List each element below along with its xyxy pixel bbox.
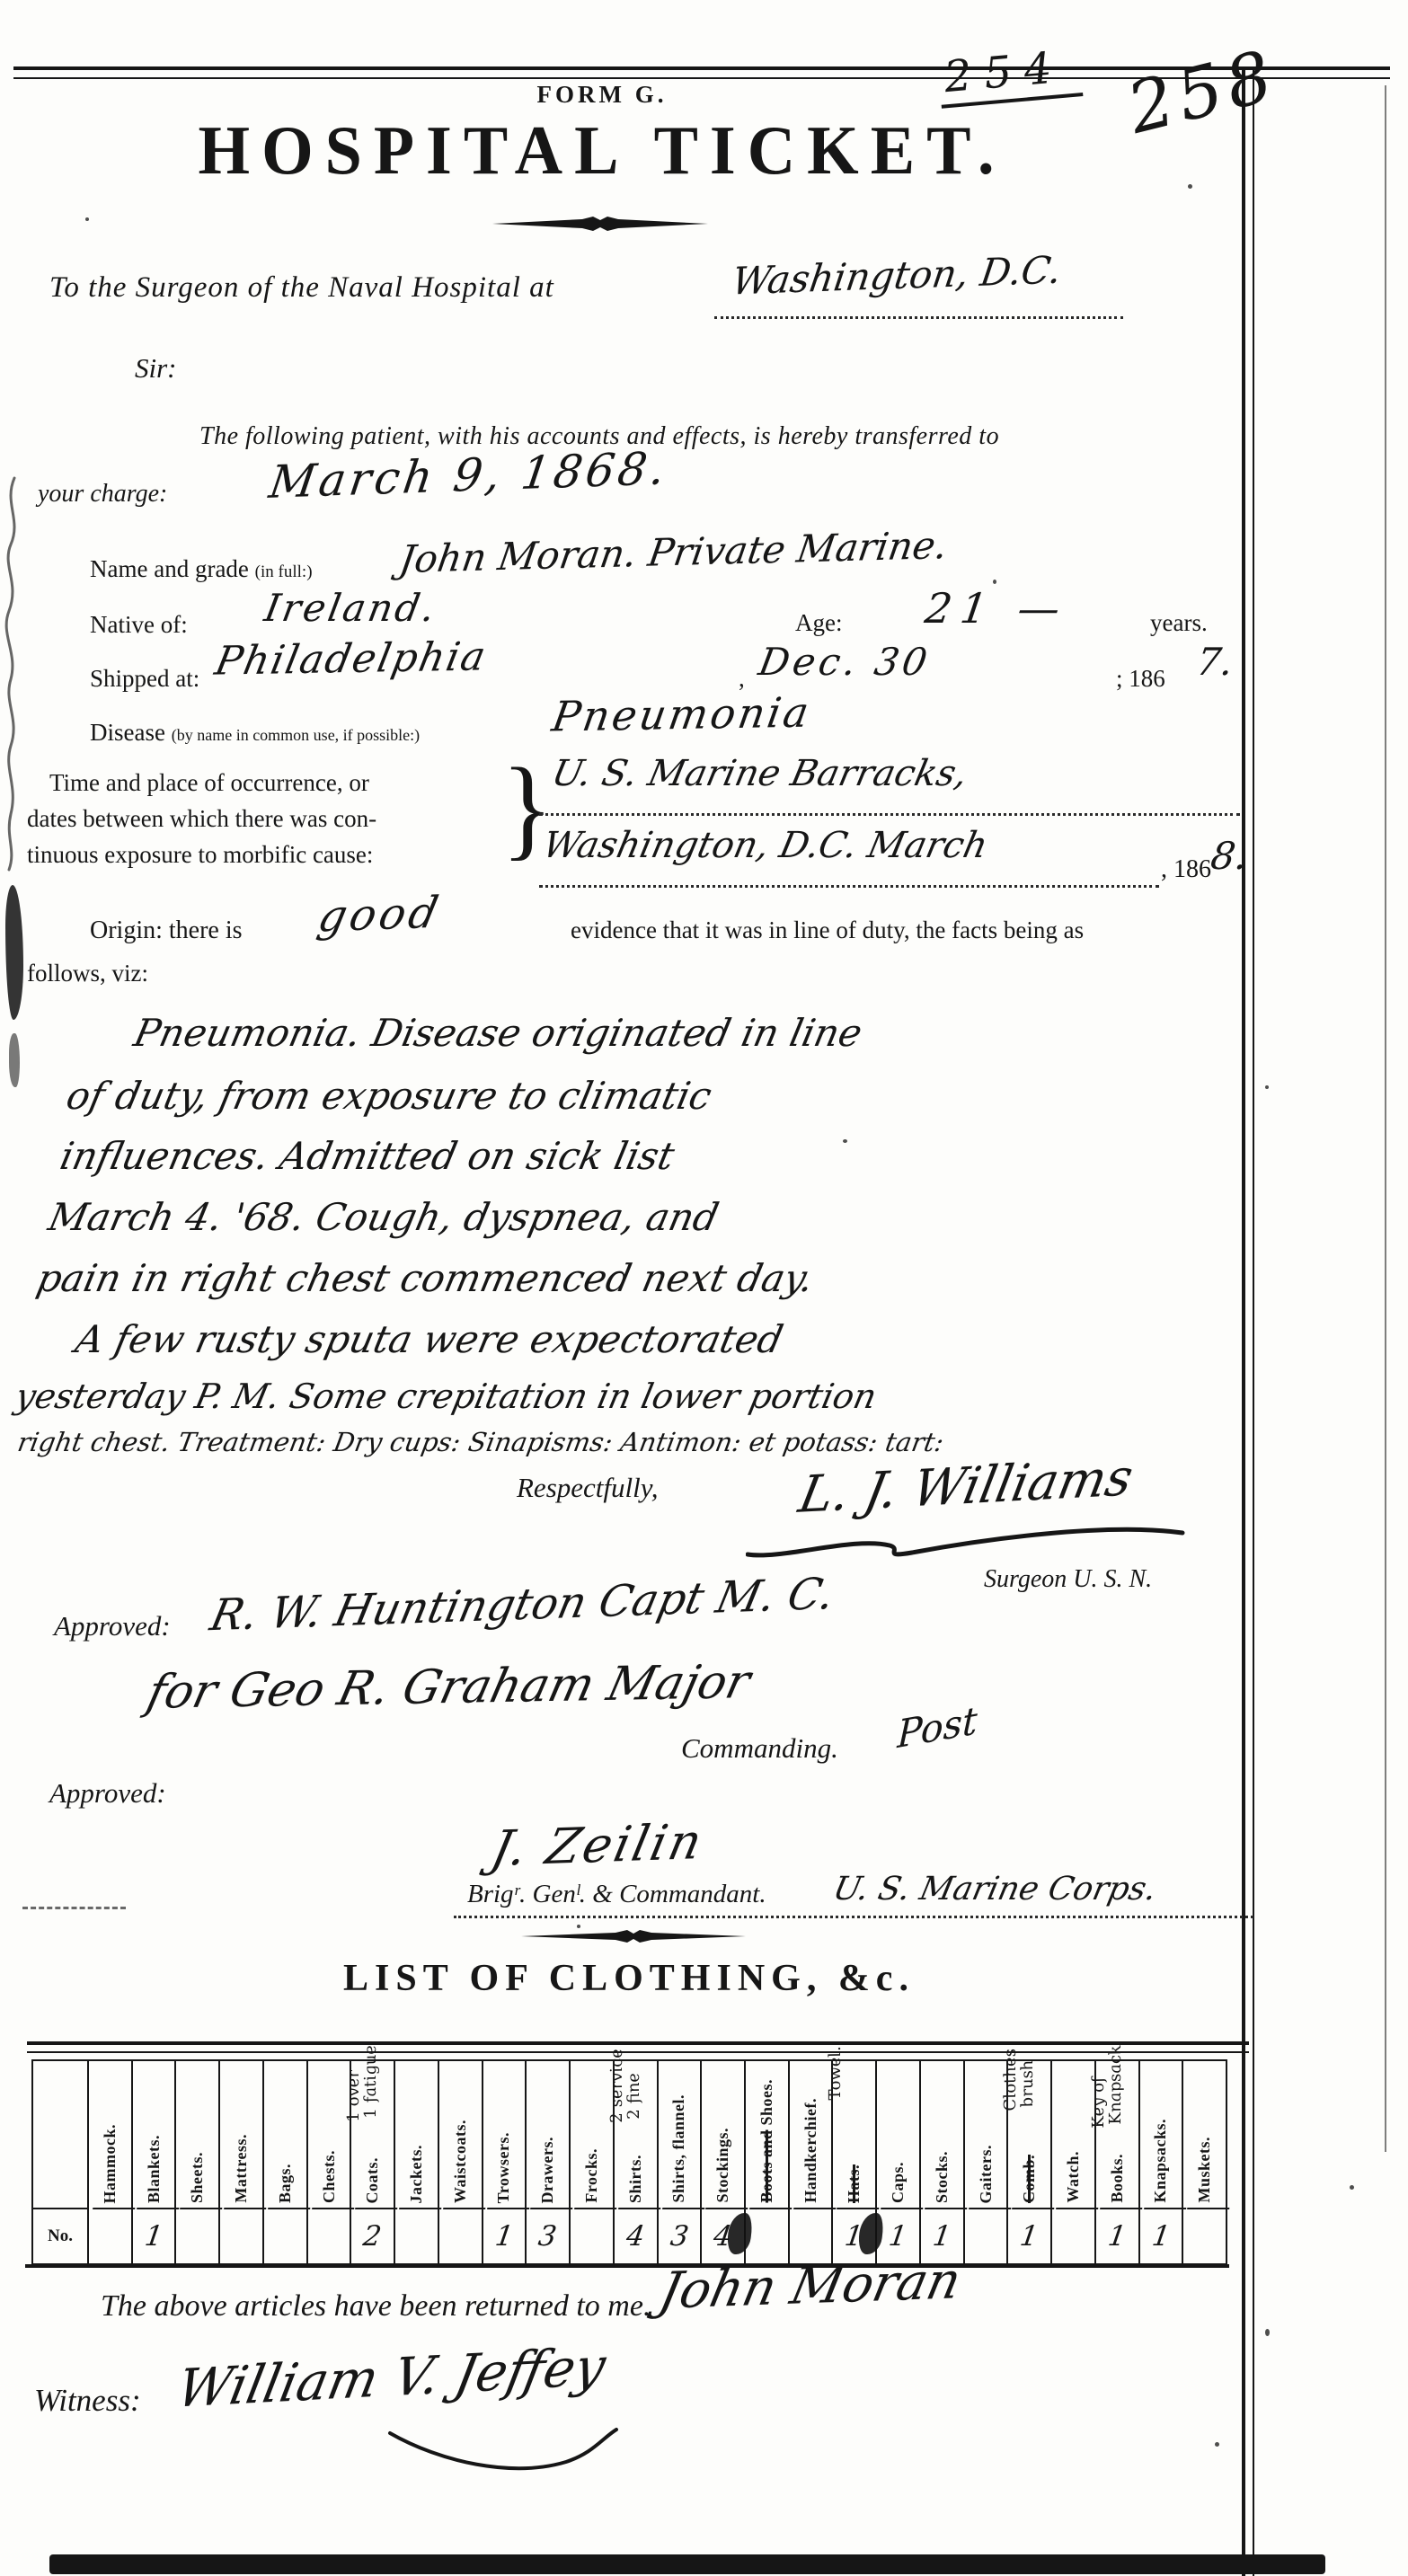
native-of-value: Ireland. [261, 586, 441, 630]
disease-label: Disease (by name in common use, if possi… [90, 719, 420, 747]
timeplace-label-line3: tinuous exposure to morbific cause: [27, 841, 373, 869]
clothing-column-muskets: Muskets. [1182, 2061, 1226, 2263]
respectfully-label: Respectfully, [517, 1472, 659, 1504]
column-value-muskets [1180, 2208, 1229, 2263]
column-value-handkerchief [785, 2208, 835, 2263]
column-value-shirts-flannel: 3 [654, 2208, 704, 2263]
age-suffix: years. [1150, 609, 1208, 637]
surgeon-title: Surgeon U. S. N. [984, 1565, 1152, 1594]
ink-speck [993, 580, 996, 584]
column-header-books: Books.Key of Knapsack [1096, 2061, 1138, 2208]
column-value-watch [1049, 2208, 1098, 2263]
column-value-sheets [173, 2208, 222, 2263]
disease-paren: (by name in common use, if possible:) [172, 726, 420, 744]
timeplace-fill-line1 [539, 813, 1240, 816]
shipped-at-label: Shipped at: [90, 665, 199, 693]
column-value-gaiters [961, 2208, 1010, 2263]
timeplace-value1: U. S. Marine Barracks, [548, 753, 971, 794]
column-value-frocks [567, 2208, 616, 2263]
disease-label-text: Disease [90, 719, 165, 746]
clothing-title: LIST OF CLOTHING, &c. [180, 1957, 1078, 2000]
column-value-mattress [217, 2208, 266, 2263]
column-header-knapsacks: Knapsacks. [1140, 2061, 1182, 2208]
page-title: HOSPITAL TICKET. [36, 111, 1168, 190]
disease-value: Pneumonia [549, 687, 815, 740]
column-value-waistcoats [436, 2208, 485, 2263]
clothing-column-drawers: Drawers.3 [525, 2061, 569, 2263]
returned-signature: John Moran [654, 2252, 966, 2321]
column-annotation-comb: Clothes brush [1003, 2043, 1037, 2112]
column-value-drawers: 3 [523, 2208, 572, 2263]
clothing-column-comb: Comb.Clothes brush1 [1006, 2061, 1050, 2263]
origin-rest2: follows, viz: [27, 960, 148, 987]
narrative-line-2: of duty, from exposure to climatic [63, 1074, 716, 1118]
timeplace-label-line1: Time and place of occurrence, or [49, 769, 369, 797]
salutation-printed: To the Surgeon of the Naval Hospital at [49, 271, 554, 305]
witness-flourish [386, 2426, 620, 2480]
sir-label: Sir: [135, 352, 177, 385]
timeplace-value2: Washington, D.C. March [539, 825, 991, 866]
clothing-column-blankets: Blankets.1 [131, 2061, 175, 2263]
column-value-coats: 2 [348, 2208, 397, 2263]
number-row-label: No. [33, 2208, 87, 2263]
clothing-column-shirts: Shirts.2 service 2 fine4 [613, 2061, 657, 2263]
form-label: FORM G. [467, 81, 737, 109]
column-header-watch: Watch. [1052, 2061, 1094, 2208]
column-header-stocks: Stocks. [921, 2061, 963, 2208]
column-value-bags [261, 2208, 310, 2263]
surgeon-signature: L. J. Williams [794, 1448, 1138, 1525]
ink-speck [1265, 2329, 1270, 2336]
clothing-column-number: No. [33, 2061, 87, 2263]
clothing-column-bags: Bags. [262, 2061, 306, 2263]
column-value-jackets [392, 2208, 441, 2263]
case-number: 254 [937, 40, 1083, 109]
clothing-column-hats: Hats.Towel.1 [831, 2061, 875, 2263]
shipped-year-hw: 7. [1194, 640, 1236, 684]
column-value-shirts: 4 [610, 2208, 660, 2263]
origin-value: good [314, 887, 446, 942]
timeplace-year-prefix: , 186 [1161, 855, 1211, 884]
clothing-divider-ornament [521, 1930, 746, 1943]
narrative-line-3: influences. Admitted on sick list [57, 1134, 678, 1178]
column-value-chests [304, 2208, 353, 2263]
narrative-line-8: right chest. Treatment: Dry cups: Sinapi… [15, 1427, 946, 1457]
ink-speck [1350, 2185, 1354, 2190]
left-edge-ink-smudge-2 [9, 1033, 20, 1087]
clothing-column-knapsacks: Knapsacks.1 [1138, 2061, 1182, 2263]
returned-line: The above articles have been returned to… [101, 2289, 651, 2324]
table-bottom-heavy-line [25, 2264, 1229, 2268]
witness-label: Witness: [34, 2383, 141, 2419]
shipped-at-value: Philadelphia [211, 633, 491, 684]
clothing-column-mattress: Mattress. [218, 2061, 262, 2263]
column-header-comb: Comb.Clothes brush [1008, 2061, 1050, 2208]
column-header-mattress: Mattress. [220, 2061, 262, 2208]
column-header-muskets: Muskets. [1183, 2061, 1226, 2208]
bottom-scan-bar [49, 2554, 1325, 2574]
narrative-line-5: pain in right chest commenced next day. [33, 1256, 818, 1300]
commandant-signature: J. Zeilin [486, 1813, 709, 1878]
column-value-comb: 1 [1005, 2208, 1054, 2263]
column-value-blankets: 1 [128, 2208, 178, 2263]
column-annotation-hats: Towel. [828, 2045, 845, 2102]
approved1-label: Approved: [54, 1610, 171, 1642]
salutation-fill-line [714, 316, 1123, 319]
column-header-frocks: Frocks. [571, 2061, 613, 2208]
clothing-column-watch: Watch. [1050, 2061, 1094, 2263]
left-margin-dashes [22, 1907, 126, 1909]
clothing-column-hammock: Hammock. [87, 2061, 131, 2263]
column-value-knapsacks: 1 [1136, 2208, 1185, 2263]
timeplace-year-hw: 8. [1209, 834, 1251, 878]
narrative-line-1: Pneumonia. Disease originated in line [130, 1011, 866, 1055]
column-header-shirts: Shirts.2 service 2 fine [615, 2061, 657, 2208]
left-edge-ink-smudge [5, 885, 23, 1020]
column-header-shirts-flannel: Shirts, flannel. [659, 2061, 701, 2208]
column-annotation-coats: 1 over 1 fatigue [346, 2043, 380, 2123]
native-of-label: Native of: [90, 611, 188, 639]
column-value-books: 1 [1093, 2208, 1142, 2263]
clothing-column-books: Books.Key of Knapsack1 [1094, 2061, 1138, 2263]
column-header-coats: Coats.1 over 1 fatigue [351, 2061, 394, 2208]
ink-speck [1215, 2442, 1219, 2447]
signature-flourish [746, 1518, 1186, 1560]
column-header-hats: Hats.Towel. [833, 2061, 875, 2208]
transfer-date: March 9, 1868. [266, 442, 672, 509]
column-header-trowsers: Trowsers. [483, 2061, 526, 2208]
timeplace-label-line2: dates between which there was con- [27, 805, 376, 833]
column-annotation-books: Key of Knapsack [1091, 2043, 1125, 2129]
commandant-title: Brigʳ. Genˡ. & Commandant. [467, 1880, 766, 1909]
clothing-column-waistcoats: Waistcoats. [438, 2061, 482, 2263]
name-grade-label: Name and grade (in full:) [90, 555, 313, 583]
number-column-header [33, 2061, 87, 2208]
column-header-blankets: Blankets. [133, 2061, 175, 2208]
column-header-jackets: Jackets. [395, 2061, 438, 2208]
clothing-column-sheets: Sheets. [174, 2061, 218, 2263]
ink-speck [577, 1925, 580, 1928]
hospital-ticket-document: FORM G. 254 258 HOSPITAL TICKET. To the … [0, 0, 1408, 2576]
column-header-caps: Caps. [877, 2061, 919, 2208]
clothing-column-coats: Coats.1 over 1 fatigue2 [350, 2061, 394, 2263]
shipped-date-value: Dec. 30 [756, 640, 934, 684]
column-value-trowsers: 1 [479, 2208, 528, 2263]
timeplace-fill-line2 [539, 885, 1159, 888]
commandant-fill-line [454, 1916, 1253, 1918]
approved-for-line: for Geo R. Graham Major [142, 1655, 755, 1720]
column-header-sheets: Sheets. [176, 2061, 218, 2208]
commandant-org: U. S. Marine Corps. [830, 1871, 1160, 1908]
name-grade-paren: (in full:) [255, 562, 313, 581]
ink-speck [1265, 1085, 1269, 1089]
clothing-column-stocks: Stocks.1 [919, 2061, 963, 2263]
column-header-hammock: Hammock. [89, 2061, 131, 2208]
transfer-line2-label: your charge: [38, 480, 167, 509]
clothing-table: No. Hammock.Blankets.1Sheets.Mattress.Ba… [31, 2059, 1227, 2265]
ink-speck [85, 217, 89, 221]
right-border-inner [1253, 66, 1254, 2576]
clothing-column-jackets: Jackets. [394, 2061, 438, 2263]
age-label: Age: [795, 609, 842, 637]
name-grade-value: John Moran. Private Marine. [396, 523, 950, 581]
column-value-hammock [85, 2208, 135, 2263]
origin-label: Origin: there is [90, 916, 243, 945]
ink-speck [1188, 184, 1192, 189]
commanding-label: Commanding. [681, 1732, 838, 1765]
left-margin-handwriting [0, 476, 25, 872]
approved1-signature: R. W. Huntington Capt M. C. [206, 1569, 839, 1642]
ink-speck [843, 1139, 847, 1143]
column-header-boots-and: Boots and Shoes. [746, 2061, 788, 2208]
column-annotation-shirts: 2 service 2 fine [609, 2043, 643, 2124]
right-border-outer [1242, 66, 1245, 2576]
clothing-column-shirts-flannel: Shirts, flannel.3 [657, 2061, 701, 2263]
column-value-boots-and [742, 2208, 792, 2263]
approved2-label: Approved: [49, 1777, 166, 1810]
column-header-bags: Bags. [264, 2061, 306, 2208]
clothing-column-trowsers: Trowsers.1 [482, 2061, 526, 2263]
sheet-edge-line [1385, 85, 1386, 2152]
clothing-column-frocks: Frocks. [569, 2061, 613, 2263]
origin-rest: evidence that it was in line of duty, th… [571, 916, 1084, 944]
title-divider-ornament [492, 216, 708, 232]
narrative-line-4: March 4. '68. Cough, dyspnea, and [45, 1195, 722, 1239]
commanding-post: Post [897, 1698, 979, 1757]
clothing-column-stockings: Stockings.4 [700, 2061, 744, 2263]
shipped-year-prefix: ; 186 [1116, 665, 1165, 693]
clothing-column-caps: Caps.1 [875, 2061, 919, 2263]
clothing-column-boots-and: Boots and Shoes. [744, 2061, 788, 2263]
column-header-waistcoats: Waistcoats. [439, 2061, 482, 2208]
name-grade-label-text: Name and grade [90, 555, 249, 582]
age-value: 21 — [922, 584, 1072, 633]
salutation-location: Washington, D.C. [730, 247, 1065, 303]
column-header-drawers: Drawers. [527, 2061, 569, 2208]
narrative-line-6: A few rusty sputa were expectorated [72, 1317, 787, 1361]
narrative-line-7: yesterday P. M. Some crepitation in lowe… [12, 1377, 880, 1416]
column-value-stockings: 4 [698, 2208, 748, 2263]
column-header-stockings: Stockings. [702, 2061, 744, 2208]
witness-signature: William V. Jeffey [173, 2335, 611, 2420]
